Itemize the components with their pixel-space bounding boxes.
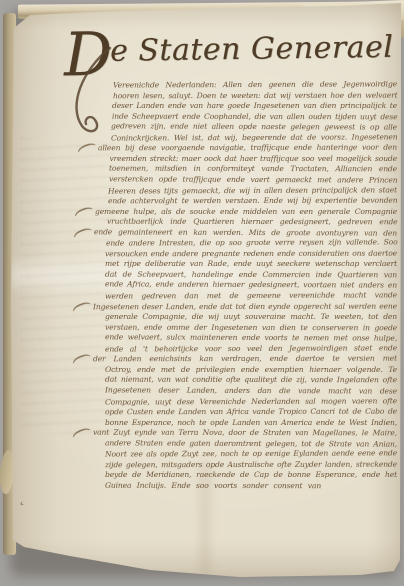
manuscript-line: werden gedreven dan met de gemeene veree… [105, 290, 397, 302]
manuscript-line: generale Compagnie, die wij uuyt souvera… [105, 312, 397, 323]
manuscript-line: beyde de Meridianen, raeckende de Cap de… [105, 470, 397, 481]
manuscript-page: De Staten Generael der Vereenichde Neder… [6, 2, 402, 580]
photo-canvas: De Staten Generael der Vereenichde Neder… [0, 0, 404, 586]
title-text: e Staten Generael der [110, 29, 404, 69]
manuscript-line: deser Landen ende van hare goede Ingeset… [112, 101, 397, 112]
manuscript-line: ende achtervolght te werden verstaen. En… [107, 196, 397, 208]
ink-mark: ‹ [18, 498, 26, 508]
manuscript-line: met rijpe deliberatie van Rade, ende uuy… [105, 259, 397, 270]
verso-bleed-through [20, 138, 114, 434]
manuscript-line: Vereenichde Nederlanden: Allen den geene… [113, 79, 397, 91]
manuscript-line: Guinea Incluijs. Ende soo voorts sonder … [105, 481, 321, 492]
manuscript-line: hooren lesen, saluyt. Doen te weeten: da… [112, 90, 397, 102]
